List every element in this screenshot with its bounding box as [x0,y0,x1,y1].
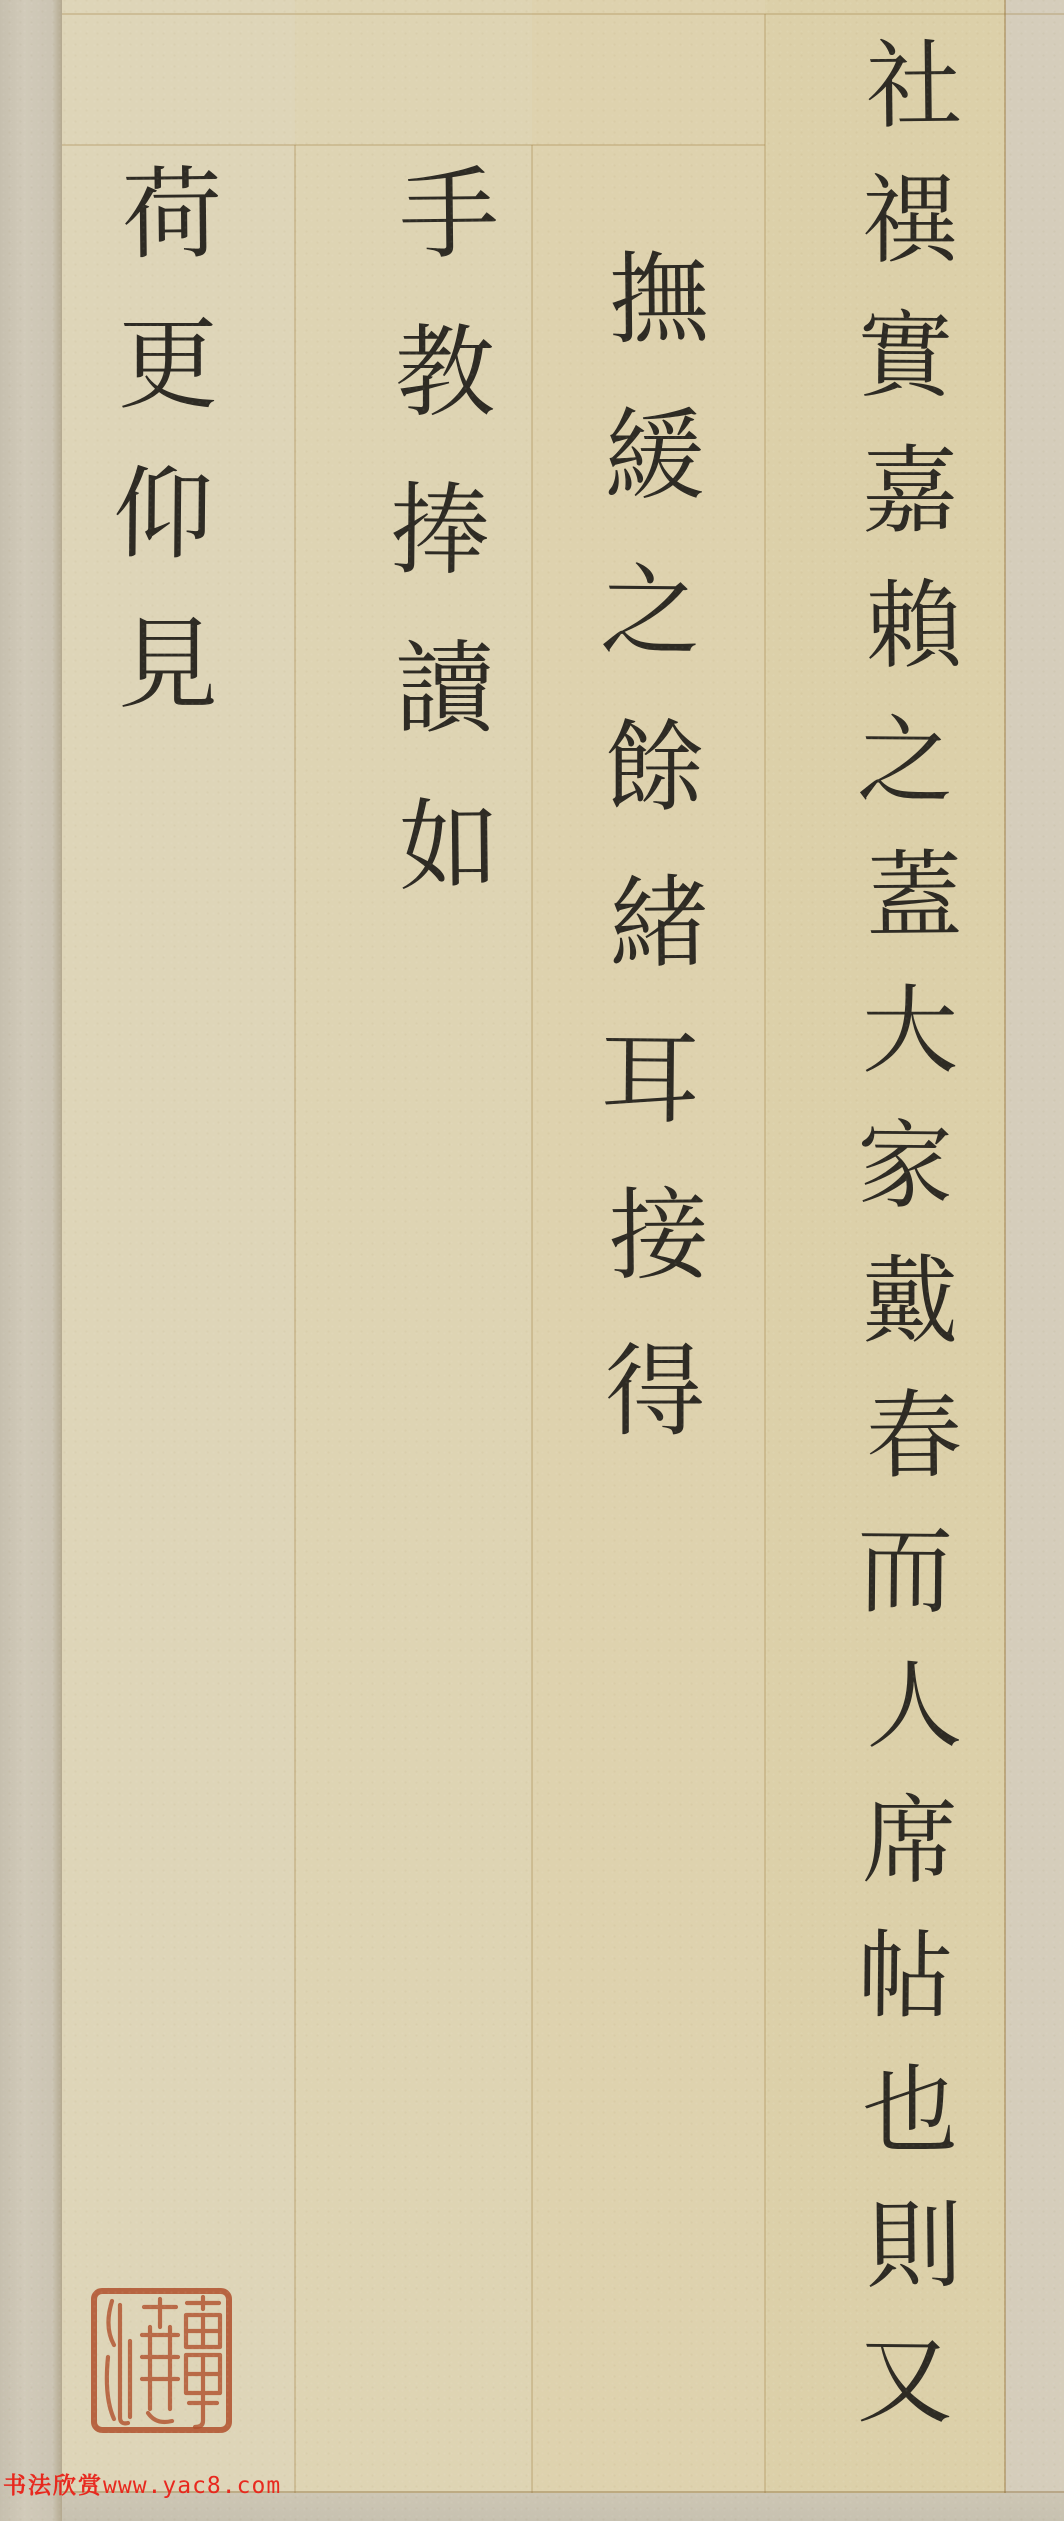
paper-strip-right [1005,0,1064,2493]
text-column-1: 社禩實嘉賴之蓋大家戴春而人席帖也則又 [810,18,1010,2448]
seal-script-strokes [107,2297,220,2427]
calligraphy-char: 緩 [555,378,755,534]
calligraphy-artwork-page: 社禩實嘉賴之蓋大家戴春而人席帖也則又 撫緩之餘緒耳接得 手教捧讀如 荷更仰見 [0,0,1064,2521]
calligraphy-char: 教 [345,294,545,452]
top-crease-line [62,13,1064,15]
calligraphy-char: 捧 [339,451,540,611]
calligraphy-char: 撫 [558,221,760,379]
calligraphy-char: 戴 [810,1233,1010,1368]
text-column-2: 撫緩之餘緒耳接得 [555,222,755,1470]
calligraphy-char: 禩 [810,153,1010,288]
calligraphy-char: 人 [813,1637,1014,1774]
calligraphy-char: 更 [68,290,268,440]
calligraphy-char: 荷 [71,139,273,291]
sheet-edge-line-1 [294,145,296,2493]
sheet-edge-line-3 [764,14,766,2493]
watermark-url-text: www.yac8.com [103,2473,281,2499]
calligraphy-char: 而 [804,1502,1005,1639]
calligraphy-char: 也 [810,2043,1010,2178]
collector-seal [90,2287,233,2434]
calligraphy-char: 帖 [804,1907,1005,2044]
calligraphy-char: 之 [549,533,750,691]
text-column-4: 荷更仰見 [68,140,268,740]
calligraphy-char: 則 [813,2177,1014,2314]
calligraphy-char: 賴 [813,557,1014,694]
calligraphy-char: 如 [348,767,550,927]
calligraphy-char: 手 [348,135,550,295]
text-column-3: 手教捧讀如 [345,136,545,926]
calligraphy-char: 社 [813,17,1014,154]
calligraphy-char: 緒 [558,845,760,1003]
calligraphy-char: 接 [558,1157,760,1315]
calligraphy-char: 餘 [555,690,755,846]
calligraphy-char: 讀 [345,610,545,768]
site-watermark: 书法欣赏 www.yac8.com [3,2467,281,2500]
calligraphy-char: 之 [804,692,1005,829]
calligraphy-char: 又 [804,2312,1005,2449]
calligraphy-char: 耳 [549,1001,750,1159]
calligraphy-char: 春 [813,1367,1014,1504]
calligraphy-char: 蓋 [813,827,1014,964]
calligraphy-char: 家 [804,1097,1005,1234]
calligraphy-char: 仰 [62,439,263,591]
watermark-cjk-text: 书法欣赏 [3,2467,103,2500]
calligraphy-char: 得 [555,1314,755,1470]
calligraphy-char: 嘉 [810,423,1010,558]
mount-mat-left [0,0,62,2521]
calligraphy-char: 席 [810,1773,1010,1908]
calligraphy-char: 見 [68,590,268,740]
calligraphy-char: 實 [804,287,1005,424]
calligraphy-char: 大 [810,963,1010,1098]
